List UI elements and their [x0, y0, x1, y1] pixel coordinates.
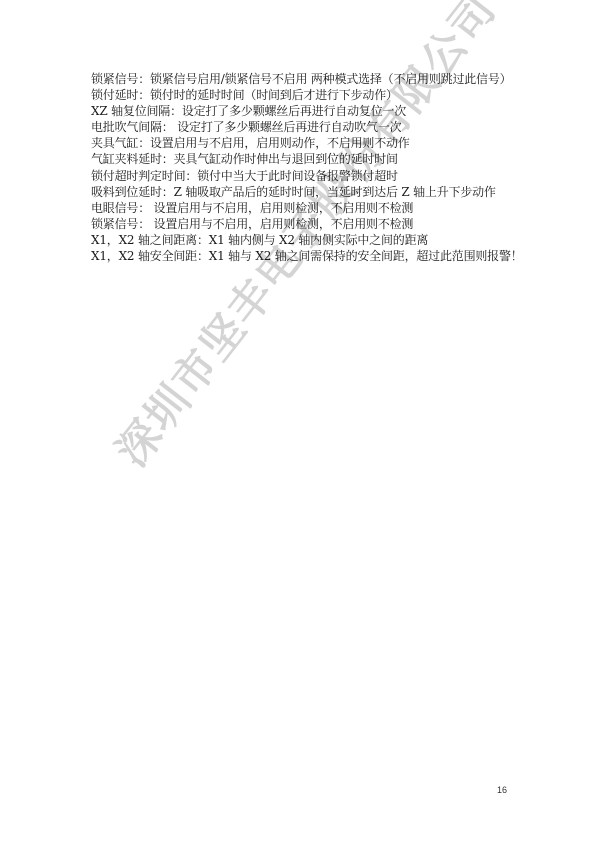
text-line-cylinder-clamp-delay: 气缸夹料延时：夹具气缸动作时伸出与退回到位的延时时间	[91, 151, 531, 167]
text-line-x1-x2-safety-gap: X1，X2 轴安全间距：X1 轴与 X2 轴之间需保持的安全间距，超过此范围则报…	[91, 248, 531, 264]
text-line-lock-delay: 锁付延时：锁付时的延时时间（时间到后才进行下步动作）	[91, 87, 531, 103]
text-line-lock-timeout: 锁付超时判定时间：锁付中当大于此时间设备报警锁付超时	[91, 168, 531, 184]
parameter-description-list: 锁紧信号：锁紧信号启用/锁紧信号不启用 两种模式选择（不启用则跳过此信号） 锁付…	[91, 71, 531, 264]
page-number: 16	[497, 785, 507, 795]
text-line-screwdriver-blow-interval: 电批吹气间隔： 设定打了多少颗螺丝后再进行自动吹气一次	[91, 119, 531, 135]
text-line-x1-x2-distance: X1，X2 轴之间距离：X1 轴内侧与 X2 轴内侧实际中之间的距离	[91, 232, 531, 248]
text-line-fixture-cylinder: 夹具气缸：设置启用与不启用，启用则动作，不启用则不动作	[91, 135, 531, 151]
document-page: 深圳市坚丰电子股份有限公司 锁紧信号：锁紧信号启用/锁紧信号不启用 两种模式选择…	[0, 0, 600, 848]
text-line-xz-reset-interval: XZ 轴复位间隔：设定打了多少颗螺丝后再进行自动复位一次	[91, 103, 531, 119]
text-line-suction-delay: 吸料到位延时：Z 轴吸取产品后的延时时间，当延时到达后 Z 轴上升下步动作	[91, 184, 531, 200]
text-line-lock-signal-mode: 锁紧信号：锁紧信号启用/锁紧信号不启用 两种模式选择（不启用则跳过此信号）	[91, 71, 531, 87]
text-line-photo-eye-signal: 电眼信号： 设置启用与不启用，启用则检测，不启用则不检测	[91, 200, 531, 216]
text-line-lock-signal-enable: 锁紧信号： 设置启用与不启用，启用则检测，不启用则不检测	[91, 216, 531, 232]
